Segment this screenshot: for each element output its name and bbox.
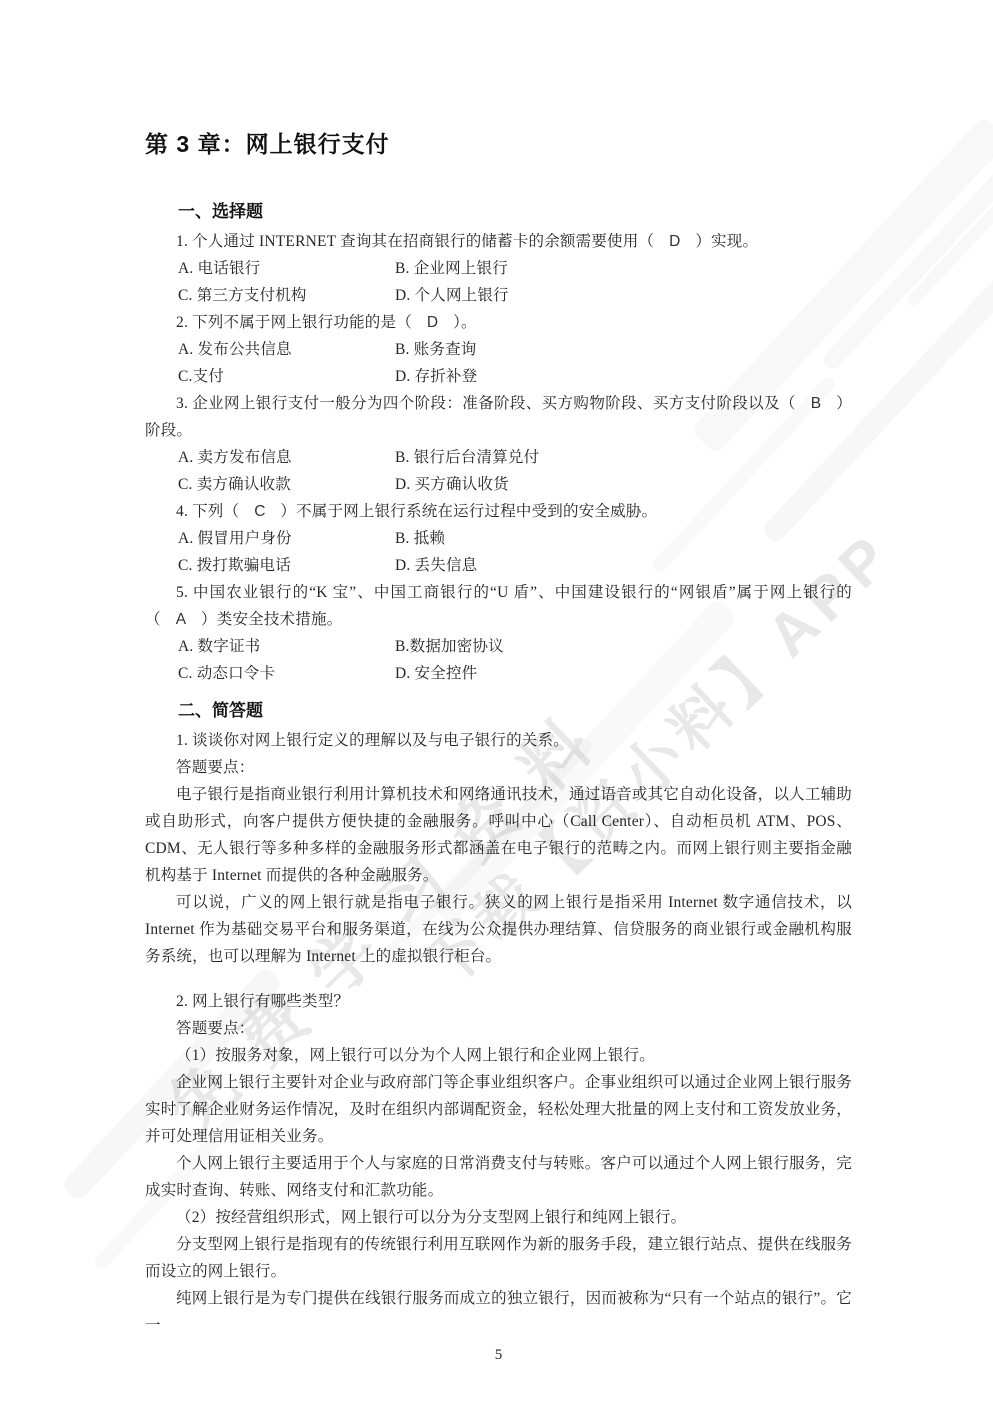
option-d: D. 存折补登 (395, 363, 477, 390)
option-row: C. 第三方支付机构 D. 个人网上银行 (145, 282, 852, 309)
stem-text: ）不属于网上银行系统在运行过程中受到的安全威胁。 (280, 503, 657, 520)
choice-question-3: 3. 企业网上银行支付一般分为四个阶段：准备阶段、买方购物阶段、买方支付阶段以及… (145, 390, 852, 498)
page-content: 第 3 章：网上银行支付 一、选择题 1. 个人通过 INTERNET 查询其在… (145, 128, 852, 1364)
chapter-title: 第 3 章：网上银行支付 (145, 128, 852, 160)
answer-letter: D (412, 314, 453, 331)
option-b: B. 银行后台清算兑付 (395, 444, 539, 471)
option-row: C. 动态口令卡 D. 安全控件 (145, 660, 852, 687)
option-c: C. 拨打欺骗电话 (178, 552, 395, 579)
question-stem: 4. 下列（C）不属于网上银行系统在运行过程中受到的安全威胁。 (145, 498, 852, 525)
option-a: A. 假冒用户身份 (178, 525, 395, 552)
option-row: A. 电话银行 B. 企业网上银行 (145, 255, 852, 282)
option-d: D. 个人网上银行 (395, 282, 509, 309)
answer-letter: D (654, 233, 695, 250)
answer-points-label: 答题要点： (145, 754, 852, 781)
answer-letter: B (796, 395, 836, 412)
option-row: A. 发布公共信息 B. 账务查询 (145, 336, 852, 363)
answer-paragraph: 分支型网上银行是指现有的传统银行利用互联网作为新的服务手段，建立银行站点、提供在… (145, 1231, 852, 1285)
answer-paragraph: （2）按经营组织形式，网上银行可以分为分支型网上银行和纯网上银行。 (145, 1204, 852, 1231)
stem-text: ）类安全技术措施。 (201, 611, 342, 628)
answer-letter: C (239, 503, 280, 520)
stem-text: 3. 企业网上银行支付一般分为四个阶段：准备阶段、买方购物阶段、买方支付阶段以及… (176, 395, 796, 412)
option-b: B.数据加密协议 (395, 633, 504, 660)
answer-paragraph: 企业网上银行主要针对企业与政府部门等企事业组织客户。企事业组织可以通过企业网上银… (145, 1069, 852, 1150)
option-b: B. 账务查询 (395, 336, 477, 363)
choice-question-1: 1. 个人通过 INTERNET 查询其在招商银行的储蓄卡的余额需要使用（D）实… (145, 228, 852, 309)
short-question-2: 2. 网上银行有哪些类型？ (145, 988, 852, 1015)
answer-paragraph: 个人网上银行主要适用于个人与家庭的日常消费支付与转账。客户可以通过个人网上银行服… (145, 1150, 852, 1204)
answer-paragraph: （1）按服务对象，网上银行可以分为个人网上银行和企业网上银行。 (145, 1042, 852, 1069)
stem-text: 2. 下列不属于网上银行功能的是（ (176, 314, 412, 331)
option-c: C. 卖方确认收款 (178, 471, 395, 498)
option-c: C.支付 (178, 363, 395, 390)
option-a: A. 发布公共信息 (178, 336, 395, 363)
option-row: C. 卖方确认收款 D. 买方确认收货 (145, 471, 852, 498)
option-row: A. 假冒用户身份 B. 抵赖 (145, 525, 852, 552)
option-b: B. 抵赖 (395, 525, 445, 552)
page-number: 5 (145, 1347, 852, 1364)
answer-points-label: 答题要点： (145, 1015, 852, 1042)
short-question-1: 1. 谈谈你对网上银行定义的理解以及与电子银行的关系。 (145, 727, 852, 754)
stem-text: ）。 (453, 314, 477, 331)
question-stem: 2. 下列不属于网上银行功能的是（D）。 (145, 309, 852, 336)
option-row: A. 数字证书 B.数据加密协议 (145, 633, 852, 660)
stem-text: ）实现。 (695, 233, 758, 250)
choice-question-5: 5. 中国农业银行的“K 宝”、中国工商银行的“U 盾”、中国建设银行的“网银盾… (145, 579, 852, 687)
section-heading-choice: 一、选择题 (145, 200, 852, 224)
option-a: A. 数字证书 (178, 633, 395, 660)
stem-text: 1. 个人通过 INTERNET 查询其在招商银行的储蓄卡的余额需要使用（ (176, 233, 654, 250)
answer-paragraph: 可以说，广义的网上银行就是指电子银行。狭义的网上银行是指采用 Internet … (145, 889, 852, 970)
answer-paragraph: 纯网上银行是为专门提供在线银行服务而成立的独立银行，因而被称为“只有一个站点的银… (145, 1285, 852, 1339)
option-row: C.支付 D. 存折补登 (145, 363, 852, 390)
choice-question-2: 2. 下列不属于网上银行功能的是（D）。 A. 发布公共信息 B. 账务查询 C… (145, 309, 852, 390)
choice-question-4: 4. 下列（C）不属于网上银行系统在运行过程中受到的安全威胁。 A. 假冒用户身… (145, 498, 852, 579)
option-c: C. 动态口令卡 (178, 660, 395, 687)
question-stem: 1. 个人通过 INTERNET 查询其在招商银行的储蓄卡的余额需要使用（D）实… (145, 228, 852, 255)
answer-letter: A (161, 611, 201, 628)
option-c: C. 第三方支付机构 (178, 282, 395, 309)
option-d: D. 买方确认收货 (395, 471, 509, 498)
option-d: D. 丢失信息 (395, 552, 477, 579)
section-heading-short-answer: 二、简答题 (145, 699, 852, 723)
option-a: A. 卖方发布信息 (178, 444, 395, 471)
option-d: D. 安全控件 (395, 660, 477, 687)
answer-paragraph: 电子银行是指商业银行利用计算机技术和网络通讯技术，通过语音或其它自动化设备，以人… (145, 781, 852, 889)
option-row: A. 卖方发布信息 B. 银行后台清算兑付 (145, 444, 852, 471)
document-page: 免费学习资料 下载【资小料】APP 第 3 章：网上银行支付 一、选择题 1. … (0, 0, 993, 1404)
question-stem: 3. 企业网上银行支付一般分为四个阶段：准备阶段、买方购物阶段、买方支付阶段以及… (145, 390, 852, 444)
stem-text: 4. 下列（ (176, 503, 239, 520)
option-row: C. 拨打欺骗电话 D. 丢失信息 (145, 552, 852, 579)
watermark-streak (905, 168, 993, 308)
question-stem: 5. 中国农业银行的“K 宝”、中国工商银行的“U 盾”、中国建设银行的“网银盾… (145, 579, 852, 633)
option-a: A. 电话银行 (178, 255, 395, 282)
option-b: B. 企业网上银行 (395, 255, 508, 282)
